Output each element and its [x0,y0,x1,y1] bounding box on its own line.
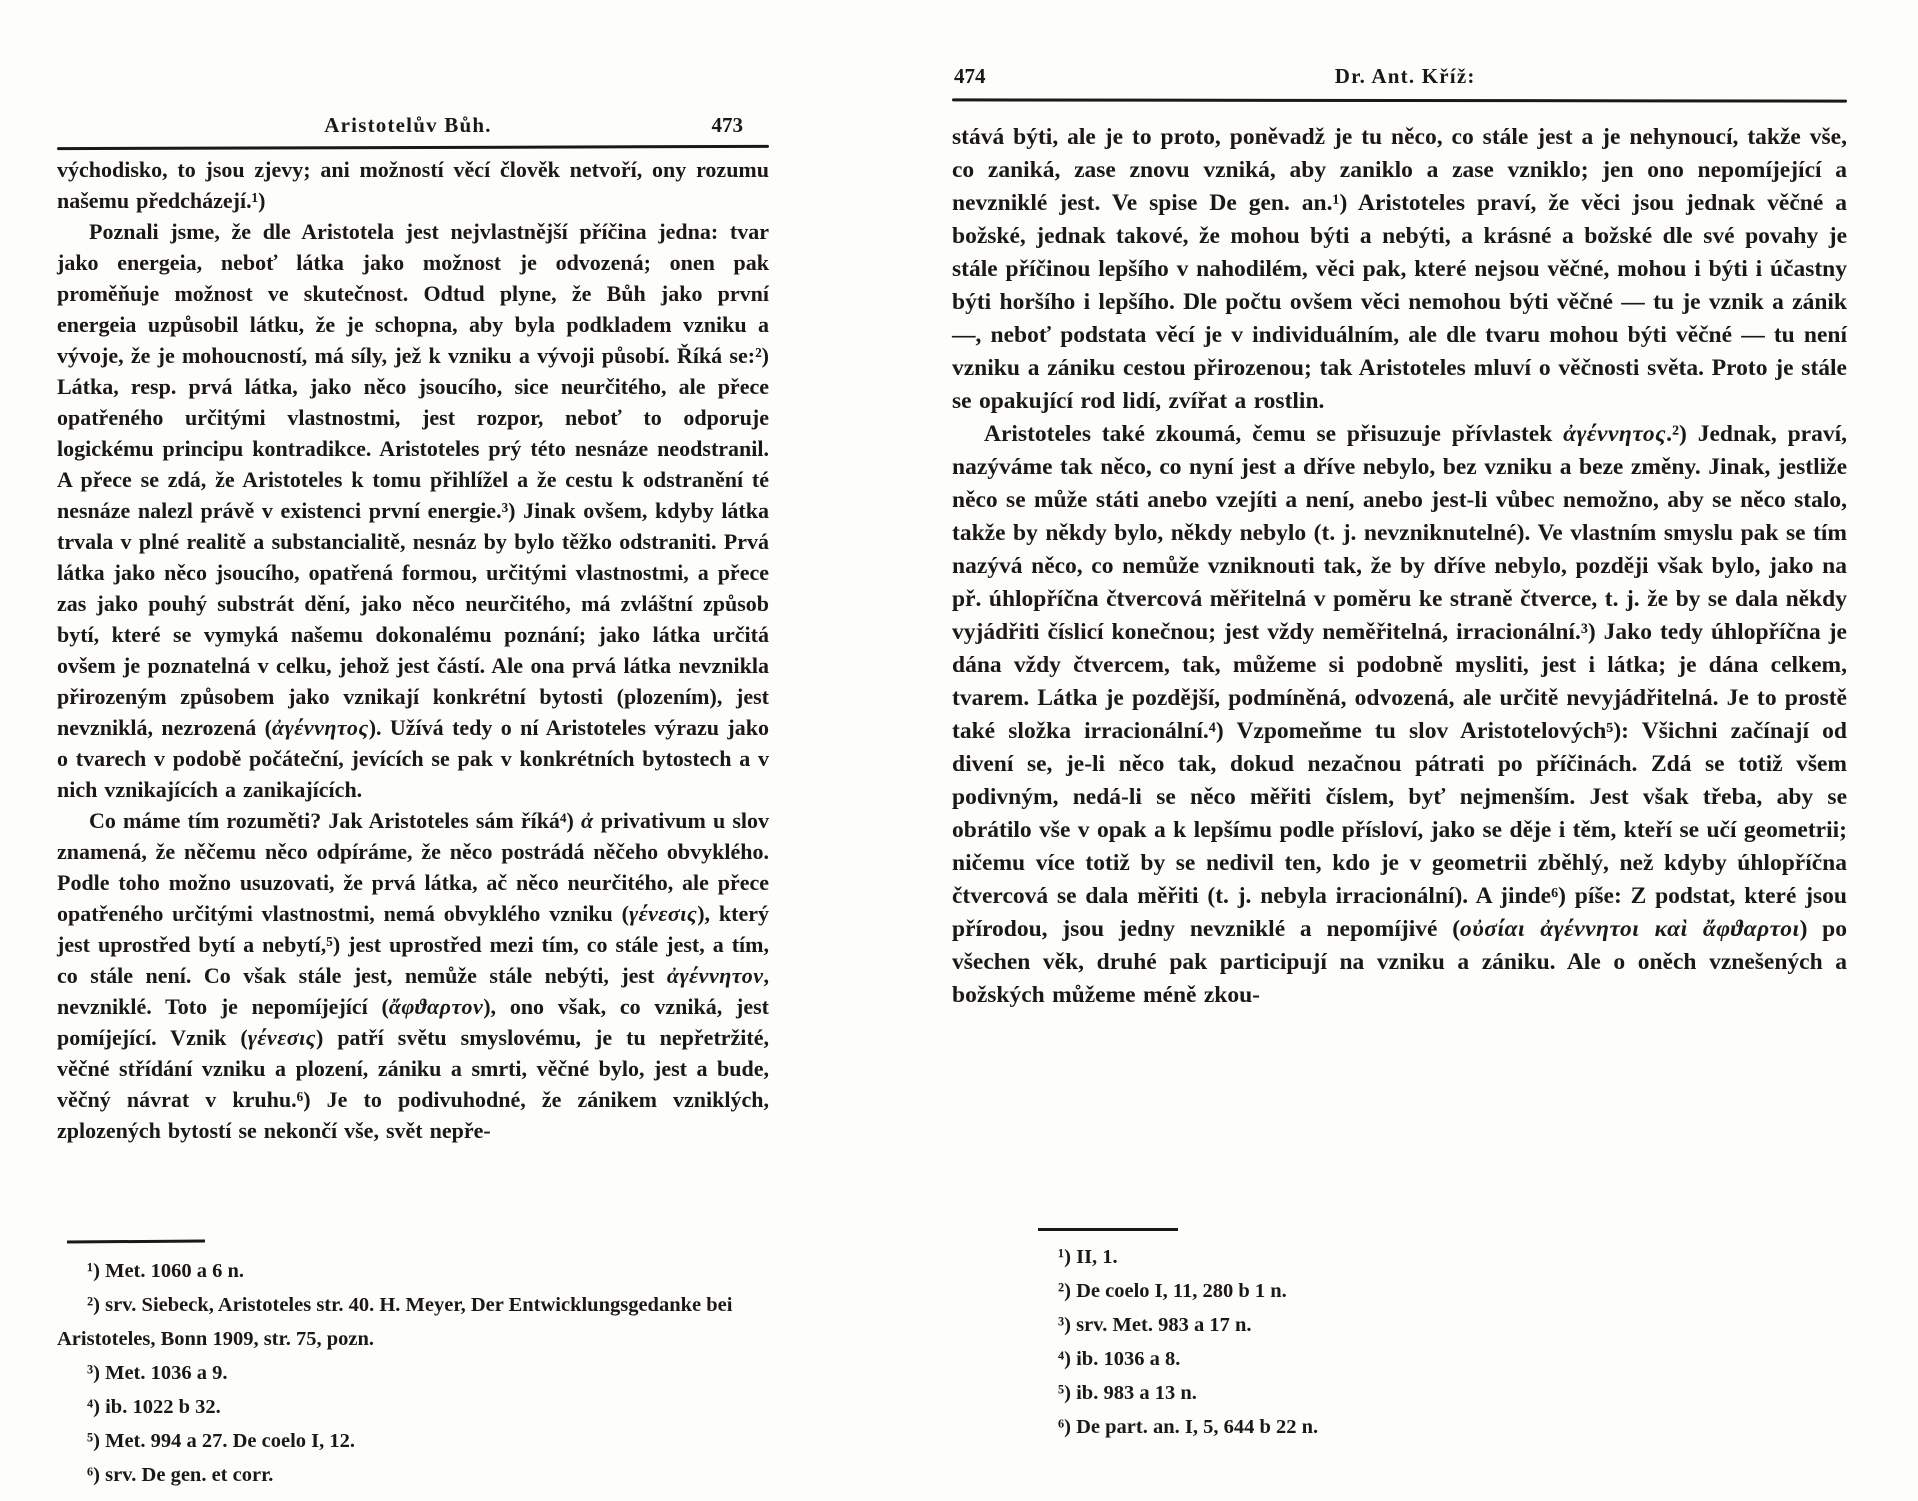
footnote: ⁶) srv. De gen. et corr. [57,1458,769,1492]
footnote: ⁴) ib. 1036 a 8. [1038,1342,1778,1376]
page-left: Aristotelův Bůh. 473 východisko, to jsou… [57,0,769,1501]
header-rule-right [952,98,1847,102]
page-number-left: 473 [712,113,744,138]
paragraph: Co máme tím rozuměti? Jak Aristoteles sá… [57,805,769,1146]
running-title-right: Dr. Ant. Kříž: [1335,64,1476,89]
running-title-left: Aristotelův Bůh. [324,113,491,138]
footnote-rule-right [1038,1228,1178,1231]
greek-term: ἄφϑαρτον [389,994,483,1019]
footnote: ⁵) Met. 994 a 27. De coelo I, 12. [57,1424,769,1458]
greek-term: ἀ [581,808,594,833]
footnotes-right: ¹) II, 1.²) De coelo I, 11, 280 b 1 n.³)… [1038,1240,1778,1444]
book-spread: Aristotelův Bůh. 473 východisko, to jsou… [0,0,1918,1501]
footnotes-left: ¹) Met. 1060 a 6 n.²) srv. Siebeck, Aris… [57,1254,769,1492]
footnote: ¹) Met. 1060 a 6 n. [57,1254,769,1288]
greek-term: οὐσίαι ἀγέννητοι καὶ ἄφϑαρτοι [1460,916,1800,942]
footnote: ²) srv. Siebeck, Aristoteles str. 40. H.… [57,1288,769,1356]
greek-term: ἀγέννητον [667,963,764,988]
paragraph: východisko, to jsou zjevy; ani možností … [57,154,769,216]
paragraph: stává býti, ale je to proto, poněvadž je… [952,121,1847,418]
paragraph: Poznali jsme, že dle Aristotela jest nej… [57,216,769,805]
page-number-right: 474 [954,64,986,89]
footnote: ³) Met. 1036 a 9. [57,1356,769,1390]
footnote: ⁶) De part. an. I, 5, 644 b 22 n. [1038,1410,1778,1444]
greek-term: γένεσις [248,1025,316,1050]
body-text-left: východisko, to jsou zjevy; ani možností … [57,154,769,1146]
body-text-right: stává býti, ale je to proto, poněvadž je… [952,121,1847,1012]
greek-term: ἀγέννητος [1563,421,1666,447]
footnote: ⁵) ib. 983 a 13 n. [1038,1376,1778,1410]
footnote: ³) srv. Met. 983 a 17 n. [1038,1308,1778,1342]
footnote: ⁴) ib. 1022 b 32. [57,1390,769,1424]
footnote-rule-left [67,1240,205,1243]
greek-term: ἀγέννητος [272,715,369,740]
header-rule-left [57,145,769,150]
greek-term: γένεσις [629,901,697,926]
footnote: ¹) II, 1. [1038,1240,1778,1274]
footnote: ²) De coelo I, 11, 280 b 1 n. [1038,1274,1778,1308]
page-right: 474 Dr. Ant. Kříž: stává býti, ale je to… [952,0,1847,1501]
paragraph: Aristoteles také zkoumá, čemu se přisuzu… [952,418,1847,1012]
